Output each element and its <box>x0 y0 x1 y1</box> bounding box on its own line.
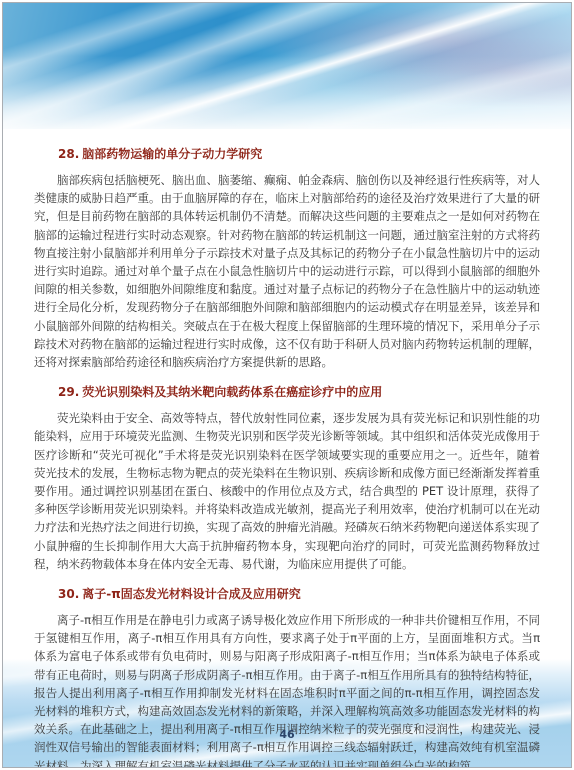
section-29: 29.荧光识别染料及其纳米靶向载药体系在癌症诊疗中的应用 荧光染料由于安全、高效… <box>34 384 540 573</box>
section-29-number: 29. <box>58 385 79 399</box>
section-30-heading: 30.离子-π固态发光材料设计合成及应用研究 <box>34 586 540 602</box>
header-banner-image <box>3 3 571 129</box>
section-30-paragraph: 离子-π相互作用是在静电引力或离子诱导极化效应作用下所形成的一种非共价键相互作用… <box>34 611 540 768</box>
section-30-number: 30. <box>58 587 79 601</box>
section-28-heading: 28.脑部药物运输的单分子动力学研究 <box>34 146 540 162</box>
page-content: 28.脑部药物运输的单分子动力学研究 脑部疾病包括脑梗死、脑出血、脑萎缩、癫痫、… <box>3 129 571 768</box>
section-28: 28.脑部药物运输的单分子动力学研究 脑部疾病包括脑梗死、脑出血、脑萎缩、癫痫、… <box>34 146 540 371</box>
section-28-paragraph: 脑部疾病包括脑梗死、脑出血、脑萎缩、癫痫、帕金森病、脑创伤以及神经退行性疾病等，… <box>34 171 540 371</box>
page-border: 28.脑部药物运输的单分子动力学研究 脑部疾病包括脑梗死、脑出血、脑萎缩、癫痫、… <box>2 2 572 768</box>
page-number: 46 <box>3 728 571 741</box>
section-29-title: 荧光识别染料及其纳米靶向载药体系在癌症诊疗中的应用 <box>82 385 382 399</box>
section-28-number: 28. <box>58 147 79 161</box>
section-29-paragraph: 荧光染料由于安全、高效等特点，替代放射性同位素，逐步发展为具有荧光标记和识别性能… <box>34 409 540 573</box>
document-page: 28.脑部药物运输的单分子动力学研究 脑部疾病包括脑梗死、脑出血、脑萎缩、癫痫、… <box>0 0 574 770</box>
section-30-title: 离子-π固态发光材料设计合成及应用研究 <box>82 587 300 601</box>
section-29-heading: 29.荧光识别染料及其纳米靶向载药体系在癌症诊疗中的应用 <box>34 384 540 400</box>
section-28-title: 脑部药物运输的单分子动力学研究 <box>82 147 262 161</box>
